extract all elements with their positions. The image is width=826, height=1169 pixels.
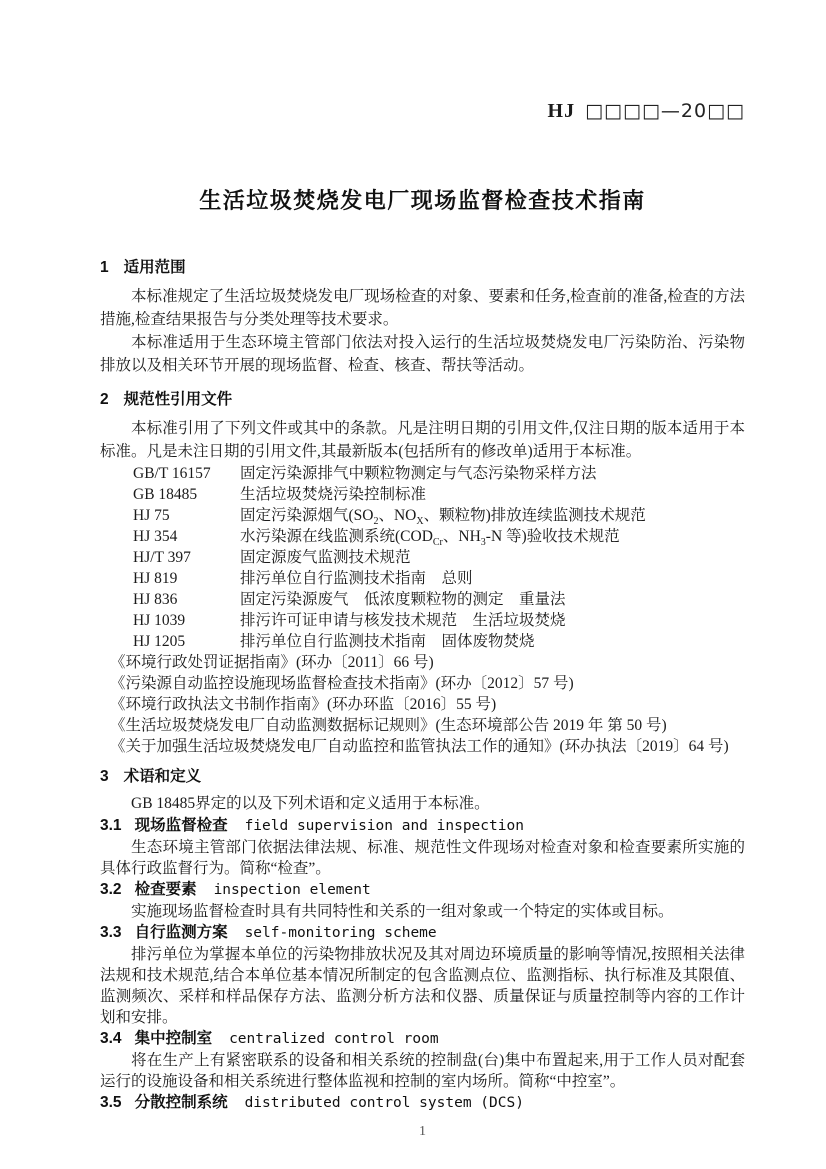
term-number: 3.1 — [100, 817, 122, 834]
term-definition-3-3: 排污单位为掌握本单位的污染物排放状况及其对周边环境质量的影响等情况,按照相关法律… — [100, 944, 745, 1028]
standard-number-header: HJ□□□□—20□□ — [100, 0, 745, 124]
reference-code: HJ 1205 — [133, 631, 240, 652]
reference-document: 《关于加强生活垃圾焚烧发电厂自动监控和监管执法工作的通知》(环办执法〔2019〕… — [100, 736, 745, 757]
section-2-heading: 2规范性引用文件 — [100, 388, 745, 411]
term-name-en: distributed control system (DCS) — [245, 1095, 524, 1111]
reference-item: HJ 836固定污染源废气 低浓度颗粒物的测定 重量法 — [100, 589, 745, 610]
reference-code: GB 18485 — [133, 484, 240, 505]
reference-item: HJ 819排污单位自行监测技术指南 总则 — [100, 568, 745, 589]
reference-document: 《生活垃圾焚烧发电厂自动监测数据标记规则》(生态环境部公告 2019 年 第 5… — [100, 715, 745, 736]
reference-item: HJ 75固定污染源烟气(SO2、NOX、颗粒物)排放连续监测技术规范 — [100, 505, 745, 526]
section-1-paragraph-1: 本标准规定了生活垃圾焚烧发电厂现场检查的对象、要素和任务,检查前的准备,检查的方… — [100, 285, 745, 331]
normative-references-list: GB/T 16157固定污染源排气中颗粒物测定与气态污染物采样方法 GB 184… — [100, 463, 745, 757]
section-1-label: 适用范围 — [124, 259, 186, 276]
term-name-zh: 自行监测方案 — [135, 924, 228, 941]
reference-title: 固定污染源排气中颗粒物测定与气态污染物采样方法 — [240, 465, 597, 482]
term-name-zh: 现场监督检查 — [135, 817, 228, 834]
section-3-label: 术语和定义 — [124, 768, 202, 785]
reference-code: HJ 354 — [133, 526, 240, 547]
standard-code-placeholder: □□□□—20□□ — [585, 100, 745, 122]
term-heading-3-4: 3.4集中控制室centralized control room — [100, 1028, 745, 1050]
term-heading-3-2: 3.2检查要素inspection element — [100, 879, 745, 901]
reference-title: 生活垃圾焚烧污染控制标准 — [240, 486, 426, 503]
term-definition-3-2: 实施现场监督检查时具有共同特性和关系的一组对象或一个特定的实体或目标。 — [100, 901, 745, 922]
term-definition-3-4: 将在生产上有紧密联系的设备和相关系统的控制盘(台)集中布置起来,用于工作人员对配… — [100, 1050, 745, 1092]
section-1-paragraph-2: 本标准适用于生态环境主管部门依法对投入运行的生活垃圾焚烧发电厂污染防治、污染物排… — [100, 331, 745, 377]
reference-item: HJ/T 397固定源废气监测技术规范 — [100, 547, 745, 568]
section-3-heading: 3术语和定义 — [100, 765, 745, 788]
reference-code: HJ/T 397 — [133, 547, 240, 568]
term-name-en: field supervision and inspection — [245, 818, 524, 834]
term-definition-3-1: 生态环境主管部门依据法律法规、标准、规范性文件现场对检查对象和检查要素所实施的具… — [100, 837, 745, 879]
section-3-intro: GB 18485界定的以及下列术语和定义适用于本标准。 — [100, 793, 745, 815]
term-name-en: inspection element — [214, 882, 371, 898]
terms-list: 3.1现场监督检查field supervision and inspectio… — [100, 815, 745, 1114]
term-name-en: self-monitoring scheme — [245, 925, 437, 941]
reference-title: 固定污染源废气 低浓度颗粒物的测定 重量法 — [240, 591, 566, 608]
term-number: 3.5 — [100, 1094, 122, 1111]
document-page: HJ□□□□—20□□ 生活垃圾焚烧发电厂现场监督检查技术指南 1适用范围 本标… — [0, 0, 826, 1169]
reference-item: HJ 1205排污单位自行监测技术指南 固体废物焚烧 — [100, 631, 745, 652]
term-number: 3.4 — [100, 1030, 122, 1047]
term-name-zh: 集中控制室 — [135, 1030, 213, 1047]
standard-prefix: HJ — [548, 100, 576, 122]
section-2-number: 2 — [100, 391, 109, 408]
reference-code: HJ 1039 — [133, 610, 240, 631]
section-2-label: 规范性引用文件 — [124, 391, 233, 408]
section-2-intro: 本标准引用了下列文件或其中的条款。凡是注明日期的引用文件,仅注日期的版本适用于本… — [100, 417, 745, 463]
section-1-heading: 1适用范围 — [100, 256, 745, 279]
reference-title: 排污单位自行监测技术指南 总则 — [240, 570, 473, 587]
term-name-zh: 分散控制系统 — [135, 1094, 228, 1111]
reference-item: HJ 1039排污许可证申请与核发技术规范 生活垃圾焚烧 — [100, 610, 745, 631]
term-heading-3-3: 3.3自行监测方案self-monitoring scheme — [100, 922, 745, 944]
term-number: 3.2 — [100, 881, 122, 898]
section-3-number: 3 — [100, 768, 109, 785]
term-name-en: centralized control room — [229, 1031, 439, 1047]
term-number: 3.3 — [100, 924, 122, 941]
term-heading-3-1: 3.1现场监督检查field supervision and inspectio… — [100, 815, 745, 837]
reference-title: 排污许可证申请与核发技术规范 生活垃圾焚烧 — [240, 612, 566, 629]
term-name-zh: 检查要素 — [135, 881, 197, 898]
term-heading-3-5: 3.5分散控制系统distributed control system (DCS… — [100, 1092, 745, 1114]
reference-code: HJ 836 — [133, 589, 240, 610]
reference-item: HJ 354水污染源在线监测系统(CODCr、NH3-N 等)验收技术规范 — [100, 526, 745, 547]
section-1-number: 1 — [100, 259, 109, 276]
reference-document: 《环境行政处罚证据指南》(环办〔2011〕66 号) — [100, 652, 745, 673]
reference-title: 排污单位自行监测技术指南 固体废物焚烧 — [240, 633, 535, 650]
reference-document: 《污染源自动监控设施现场监督检查技术指南》(环办〔2012〕57 号) — [100, 673, 745, 694]
reference-code: HJ 75 — [133, 505, 240, 526]
reference-item: GB/T 16157固定污染源排气中颗粒物测定与气态污染物采样方法 — [100, 463, 745, 484]
document-title: 生活垃圾焚烧发电厂现场监督检查技术指南 — [100, 186, 745, 216]
reference-document: 《环境行政执法文书制作指南》(环办环监〔2016〕55 号) — [100, 694, 745, 715]
page-content: HJ□□□□—20□□ 生活垃圾焚烧发电厂现场监督检查技术指南 1适用范围 本标… — [100, 0, 745, 1142]
reference-title: 水污染源在线监测系统(CODCr、NH3-N 等)验收技术规范 — [240, 528, 620, 545]
reference-title: 固定源废气监测技术规范 — [240, 549, 411, 566]
reference-code: HJ 819 — [133, 568, 240, 589]
reference-title: 固定污染源烟气(SO2、NOX、颗粒物)排放连续监测技术规范 — [240, 507, 646, 524]
page-number: 1 — [100, 1122, 745, 1142]
reference-code: GB/T 16157 — [133, 463, 240, 484]
reference-item: GB 18485生活垃圾焚烧污染控制标准 — [100, 484, 745, 505]
